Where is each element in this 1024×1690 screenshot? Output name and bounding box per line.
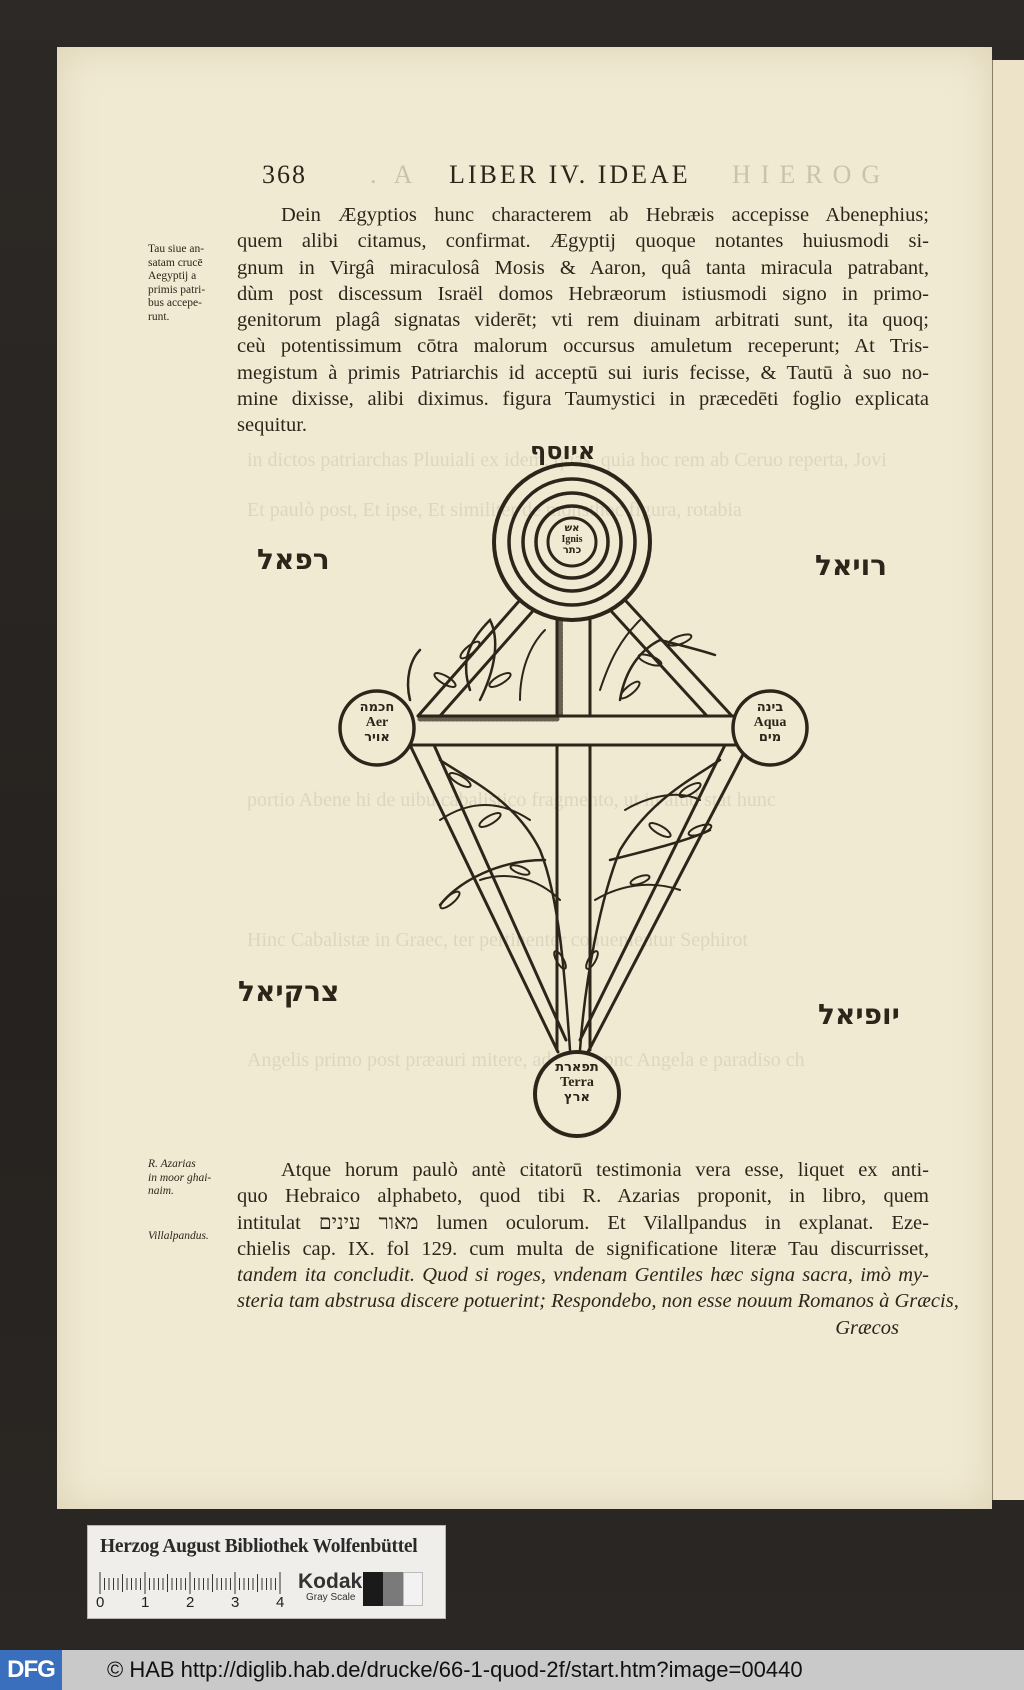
text-line: tandem ita concludit. Quod si roges, vnd… xyxy=(237,1262,929,1288)
marginal-line: Tau siue an- xyxy=(148,243,234,257)
library-label-card: Herzog August Bibliothek Wolfenbüttel 0 … xyxy=(87,1525,446,1619)
text-line: genitorum plagâ signatas viderēt; vti re… xyxy=(237,307,929,333)
show-through-text: Hinc Cabalistæ in Graec, ter pertinenter… xyxy=(247,927,967,953)
bottom-circle-label: תפארת Terra ארץ xyxy=(545,1060,609,1105)
circle-hebrew: כתר xyxy=(552,545,592,556)
marginal-line: primis patri- xyxy=(148,284,234,298)
show-through-text: portio Abene hi de uibu cabalistico frag… xyxy=(247,787,967,813)
kodak-logo: Kodak Gray Scale xyxy=(298,1572,362,1603)
paragraph-1: Dein Ægyptios hunc characterem ab Hebræi… xyxy=(237,202,929,439)
copyright-link[interactable]: © HAB http://diglib.hab.de/drucke/66-1-q… xyxy=(107,1657,803,1683)
show-through-mark: . A xyxy=(370,160,418,190)
footer-bar: DFG © HAB http://diglib.hab.de/drucke/66… xyxy=(0,1650,1024,1690)
figure-right-upper-label: רויאל xyxy=(815,549,887,582)
page-number: 368 xyxy=(262,160,307,190)
ruler-tick-label: 2 xyxy=(186,1594,194,1611)
circle-hebrew: אש xyxy=(552,523,592,534)
circle-hebrew: אויר xyxy=(347,730,407,745)
ruler-tick-label: 3 xyxy=(231,1594,239,1611)
adjacent-page-edge xyxy=(992,60,1024,1500)
right-circle-label: בינה Aqua מים xyxy=(740,700,800,745)
text-line: steria tam abstrusa discere potuerint; R… xyxy=(237,1288,929,1314)
ruler-tick-label: 1 xyxy=(141,1594,149,1611)
swatch-black xyxy=(363,1572,383,1606)
circle-hebrew: ארץ xyxy=(545,1090,609,1105)
text-line: quo Hebraico alphabeto, quod tibi R. Aza… xyxy=(237,1183,929,1209)
marginal-line: runt. xyxy=(148,311,234,325)
marginal-note-azarias: R. Azarias in moor ghai- naim. xyxy=(148,1158,234,1199)
figure-top-label: איוסף xyxy=(530,437,595,465)
text-line: sequitur. xyxy=(237,412,929,438)
swatch-white xyxy=(403,1572,423,1606)
paragraph-2: Atque horum paulò antè citatorū testimon… xyxy=(237,1157,929,1341)
dfg-logo: DFG xyxy=(0,1650,62,1690)
kodak-subtitle: Gray Scale xyxy=(306,1592,362,1603)
gray-scale-swatches xyxy=(363,1572,423,1606)
text-line: megistum à primis Patriarchis id acceptū… xyxy=(237,360,929,386)
ruler-ticks-icon xyxy=(98,1570,288,1596)
text-line: quem alibi citamus, confirmat. Ægyptij q… xyxy=(237,228,929,254)
text-line: dùm post discessum Israël domos Hebræoru… xyxy=(237,281,929,307)
marginal-line: satam crucē xyxy=(148,257,234,271)
left-circle-label: חכמה Aer אויר xyxy=(347,700,407,745)
figure-left-upper-label: רפאל xyxy=(257,543,330,576)
circle-hebrew: תפארת xyxy=(545,1060,609,1075)
text-line: chielis cap. IX. fol 129. cum multa de s… xyxy=(237,1236,929,1262)
institution-name: Herzog August Bibliothek Wolfenbüttel xyxy=(100,1536,417,1558)
text-line: Dein Ægyptios hunc characterem ab Hebræi… xyxy=(237,202,929,228)
marginal-line: in moor ghai- xyxy=(148,1172,234,1186)
marginal-line: naim. xyxy=(148,1185,234,1199)
text-line: mine dixisse, alibi diximus. figura Taum… xyxy=(237,386,929,412)
circle-latin: Ignis xyxy=(552,534,592,545)
running-head-title: LIBER IV. IDEAE xyxy=(449,160,691,190)
show-through-text: in dictos patriarchas Pluuiali ex idem, … xyxy=(247,447,967,473)
catchword: Græcos xyxy=(237,1315,929,1341)
ruler-tick-label: 0 xyxy=(96,1594,104,1611)
text-line: Atque horum paulò antè citatorū testimon… xyxy=(237,1157,929,1183)
center-circle-label: אש Ignis כתר xyxy=(552,523,592,556)
circle-hebrew: חכמה xyxy=(347,700,407,715)
circle-latin: Aer xyxy=(347,715,407,730)
kodak-brand: Kodak xyxy=(298,1572,362,1592)
circle-latin: Terra xyxy=(545,1075,609,1090)
swatch-gray xyxy=(383,1572,403,1606)
marginal-line: R. Azarias xyxy=(148,1158,234,1172)
show-through-text: Et paulò post, Et ipse, Et similiter de … xyxy=(247,497,967,523)
running-header: 368 . A LIBER IV. IDEAE HIEROG xyxy=(262,160,962,194)
marginal-note-tau: Tau siue an- satam crucē Aegyptij a prim… xyxy=(148,243,234,324)
marginal-line: bus accepe- xyxy=(148,297,234,311)
marginal-line: Aegyptij a xyxy=(148,270,234,284)
text-line: gnum in Virgâ miraculosâ Mosis & Aaron, … xyxy=(237,255,929,281)
marginal-note-villalpandus: Villalpandus. xyxy=(148,1230,234,1244)
circle-latin: Aqua xyxy=(740,715,800,730)
show-through-head: HIEROG xyxy=(732,160,890,190)
figure-left-lower-label: צרקיאל xyxy=(238,975,339,1008)
measurement-ruler: 0 1 2 3 4 xyxy=(98,1570,288,1612)
circle-hebrew: בינה xyxy=(740,700,800,715)
text-line: ceù potentissimum cōtra malorum occursus… xyxy=(237,333,929,359)
ruler-tick-label: 4 xyxy=(276,1594,284,1611)
text-line: intitulat מאור עינים lumen oculorum. Et … xyxy=(237,1210,929,1236)
circle-hebrew: מים xyxy=(740,730,800,745)
figure-right-lower-label: יופיאל xyxy=(818,998,900,1031)
